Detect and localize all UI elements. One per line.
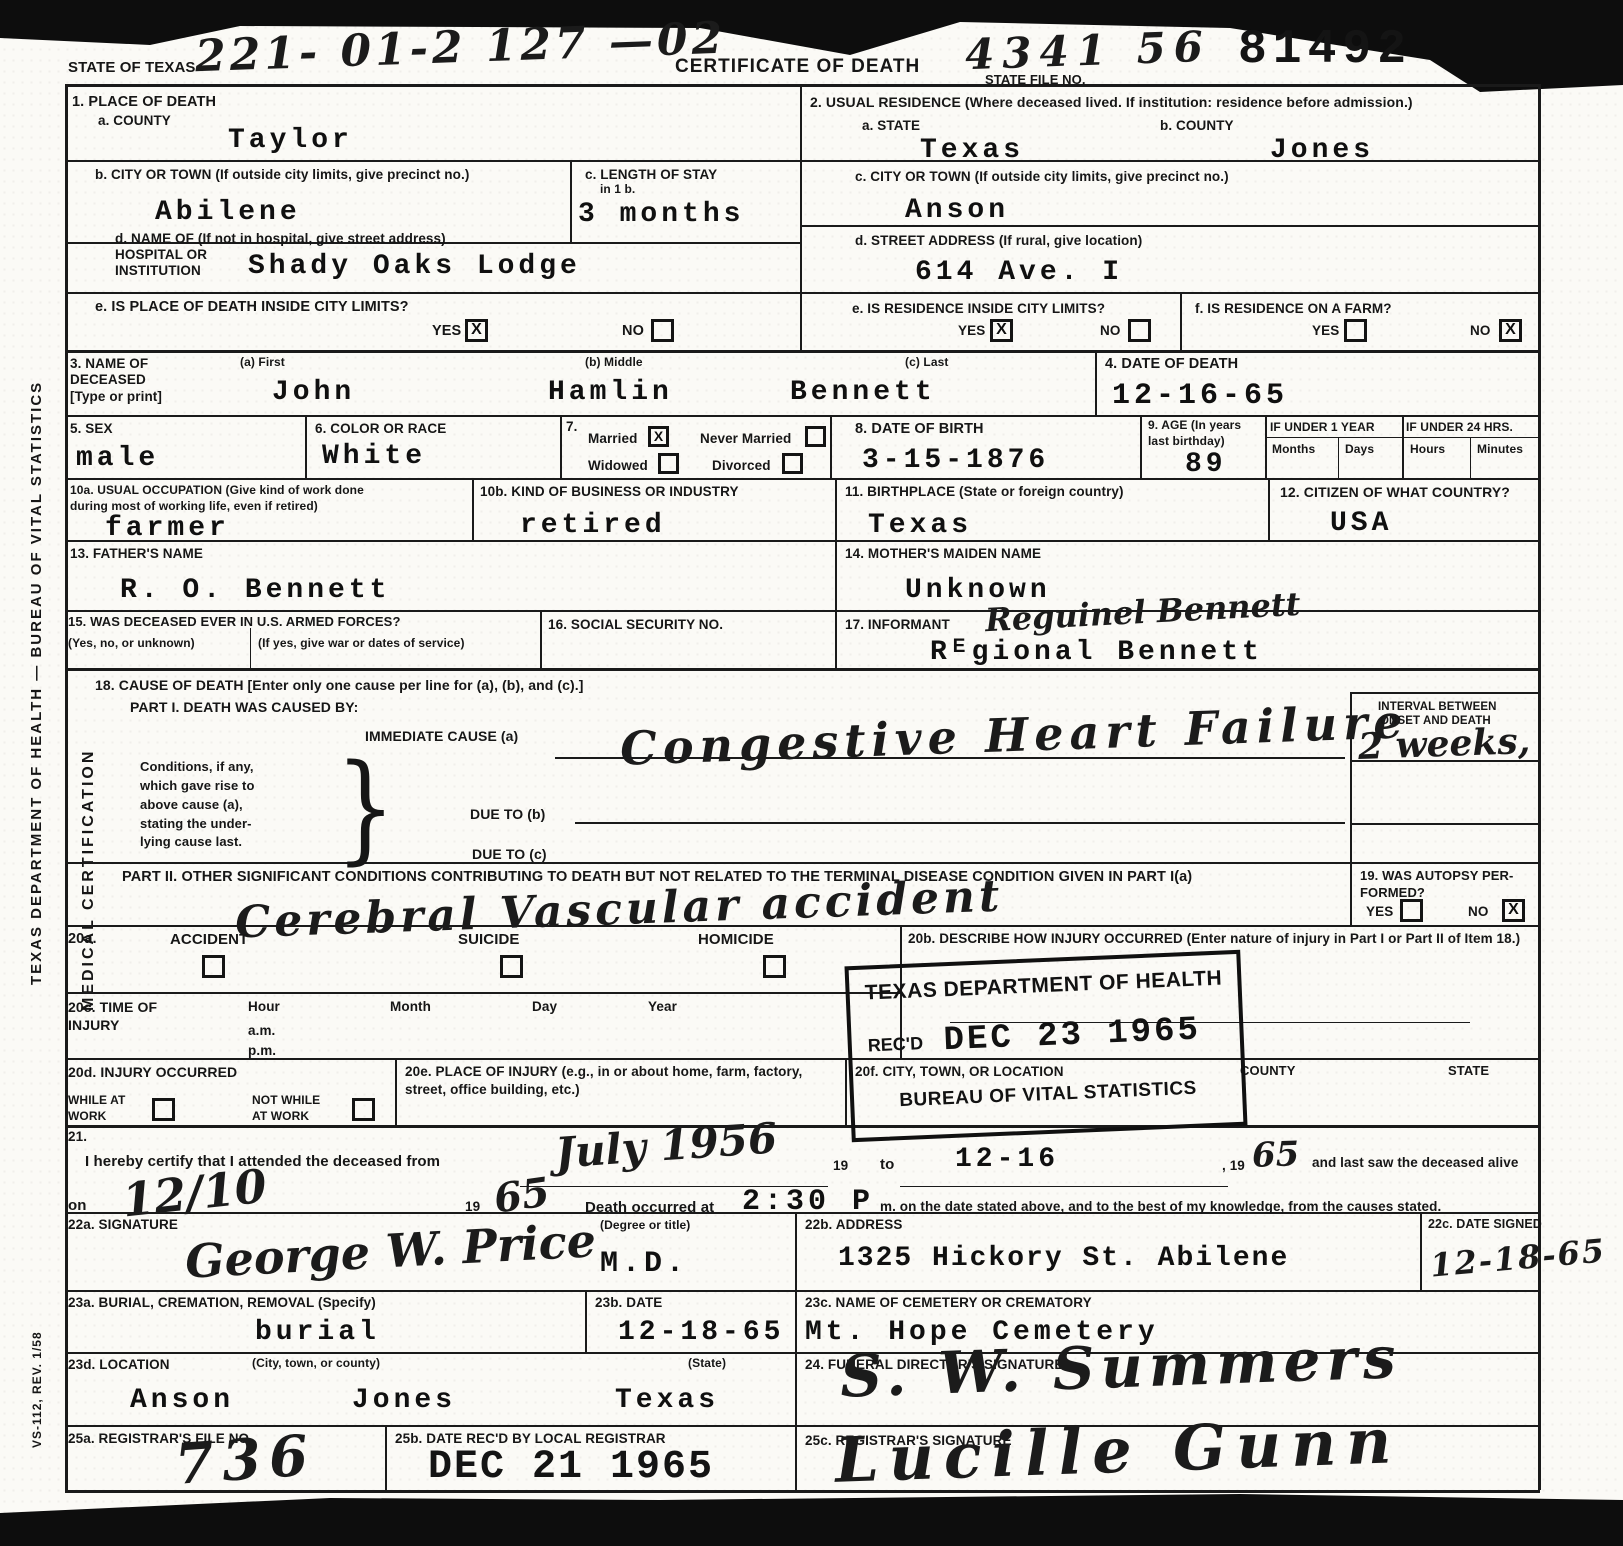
- divider: [65, 668, 1540, 671]
- field-7-nevermarried-label: Never Married: [700, 430, 791, 448]
- field-2e-no-label: NO: [1100, 322, 1120, 340]
- divider: [65, 1058, 1540, 1060]
- field-19-no-label: NO: [1468, 903, 1488, 921]
- field-21-attended-from-value: July 1956: [554, 1117, 779, 1174]
- field-2b-county-label: b. COUNTY: [1160, 117, 1234, 135]
- divider: [395, 1058, 397, 1125]
- divider: [835, 478, 837, 540]
- field-13-father-value: R. O. Bennett: [120, 576, 390, 607]
- field-23a-burial-label: 23a. BURIAL, CREMATION, REMOVAL (Specify…: [68, 1294, 376, 1312]
- field-2d-street-value: 614 Ave. I: [915, 258, 1123, 289]
- field-22a-md-value: M.D.: [600, 1248, 688, 1281]
- field-2c-city-label: c. CITY OR TOWN (If outside city limits,…: [855, 168, 1229, 186]
- field-2e-yes-label: YES: [958, 322, 985, 340]
- field-20a-suicide-checkbox: [500, 955, 523, 978]
- field-2e-no-checkbox: [1128, 319, 1151, 342]
- field-25a-fileno-value: 736: [173, 1427, 317, 1493]
- field-2f-no-checkbox: X: [1499, 319, 1522, 342]
- field-20a-homicide-label: HOMICIDE: [698, 930, 774, 950]
- funeral-director-signature: S. W. Summers: [839, 1328, 1402, 1406]
- field-20e-place-label: 20e. PLACE OF INJURY (e.g., in or about …: [405, 1063, 825, 1098]
- field-21-to-year-value: 65: [1251, 1137, 1299, 1173]
- field-3-title2: DECEASED: [70, 371, 146, 389]
- field-1a-county-label: a. COUNTY: [98, 112, 171, 130]
- field-2a-state-label: a. STATE: [862, 117, 920, 135]
- divider: [65, 478, 1540, 480]
- state-file-number-stamp: 81492: [1238, 26, 1412, 74]
- field-2c-city-value: Anson: [905, 196, 1009, 227]
- field-20c-hour-label: Hour: [248, 998, 280, 1016]
- field-9-months-label: Months: [1272, 442, 1315, 458]
- field-19-yes-label: YES: [1366, 903, 1393, 921]
- stamp-agency-line: TEXAS DEPARTMENT OF HEALTH: [849, 966, 1238, 1006]
- field-10a-occupation-label: 10a. USUAL OCCUPATION (Give kind of work…: [70, 483, 364, 514]
- field-5-sex-label: 5. SEX: [70, 420, 113, 438]
- field-7-divorced-label: Divorced: [712, 457, 771, 475]
- field-1a-county-value: Taylor: [228, 126, 353, 157]
- field-3b-middle-value: Hamlin: [548, 378, 673, 409]
- field-2e-citylimits-label: e. IS RESIDENCE INSIDE CITY LIMITS?: [852, 300, 1105, 318]
- field-20a-suicide-label: SUICIDE: [458, 930, 520, 950]
- field-3b-middle-label: (b) Middle: [585, 355, 643, 371]
- field-1e-no-checkbox: [651, 319, 674, 342]
- certificate-title: CERTIFICATE OF DEATH: [675, 55, 920, 80]
- divider: [1402, 415, 1404, 478]
- field-25b-daterecd-stamp: DEC 21 1965: [428, 1448, 714, 1488]
- field-18-dueto-c-label: DUE TO (c): [472, 845, 547, 863]
- field-3a-first-value: John: [272, 378, 355, 409]
- form-right-border: [1538, 84, 1541, 1490]
- divider: [472, 478, 474, 540]
- divider: [1265, 415, 1267, 478]
- divider: [1420, 1212, 1422, 1290]
- divider: [845, 1058, 847, 1125]
- field-22a-degree-label: (Degree or title): [600, 1218, 690, 1234]
- field-11-birthplace-value: Texas: [868, 511, 972, 542]
- divider: [1140, 415, 1142, 478]
- field-20b-describe-label: 20b. DESCRIBE HOW INJURY OCCURRED (Enter…: [908, 930, 1528, 948]
- field-16-ssn-label: 16. SOCIAL SECURITY NO.: [548, 616, 723, 634]
- field-2f-farm-label: f. IS RESIDENCE ON A FARM?: [1195, 300, 1392, 318]
- field-12-citizen-label: 12. CITIZEN OF WHAT COUNTRY?: [1280, 483, 1510, 501]
- field-7-widowed-label: Widowed: [588, 457, 648, 475]
- field-22b-address-value: 1325 Hickory St. Abilene: [838, 1244, 1289, 1275]
- field-1d-hospital-value: Shady Oaks Lodge: [248, 252, 581, 283]
- field-15-armedforces-label: 15. WAS DECEASED EVER IN U.S. ARMED FORC…: [68, 614, 400, 631]
- divider: [65, 292, 1540, 294]
- field-19-autopsy-label: 19. WAS AUTOPSY PER- FORMED?: [1360, 868, 1513, 902]
- field-9-under24-label: IF UNDER 24 HRS.: [1406, 420, 1513, 436]
- divider: [385, 1425, 387, 1490]
- field-1b-city-value: Abilene: [155, 198, 301, 229]
- divider: [835, 540, 837, 610]
- writing-line: [575, 822, 1345, 824]
- field-1d-hospital-label3: INSTITUTION: [115, 262, 201, 280]
- divider: [65, 1125, 1540, 1128]
- writing-line: [900, 1186, 1228, 1187]
- divider: [65, 415, 1540, 417]
- field-22c-datesigned-value: 12-18-65: [1429, 1234, 1607, 1281]
- state-file-number-handwritten: 4341 56: [964, 26, 1211, 77]
- divider: [65, 992, 900, 994]
- field-9-minutes-label: Minutes: [1477, 442, 1523, 458]
- field-15-sub1-label: (Yes, no, or unknown): [68, 636, 195, 652]
- field-8-dob-label: 8. DATE OF BIRTH: [855, 420, 984, 439]
- divider: [570, 160, 572, 242]
- divider: [1350, 692, 1540, 694]
- field-21-to-date-value: 12-16: [955, 1145, 1059, 1176]
- field-8-dob-value: 3-15-1876: [862, 446, 1049, 477]
- divider: [795, 1425, 797, 1490]
- field-14-mother-label: 14. MOTHER'S MAIDEN NAME: [845, 545, 1041, 563]
- field-20d-whileatwork-checkbox: [152, 1098, 175, 1121]
- field-9-under1yr-label: IF UNDER 1 YEAR: [1270, 420, 1375, 436]
- field-23d-county-value: Jones: [352, 1386, 456, 1417]
- field-20a-number: 20a.: [68, 930, 97, 949]
- field-18-title: 18. CAUSE OF DEATH [Enter only one cause…: [95, 676, 584, 694]
- field-18-conditions-note: Conditions, if any, which gave rise to a…: [140, 758, 255, 852]
- field-9-days-label: Days: [1345, 442, 1374, 458]
- field-20c-pm-label: p.m.: [248, 1042, 276, 1060]
- field-7-married-label: Married: [588, 430, 637, 448]
- divider: [1338, 437, 1339, 478]
- field-1e-citylimits-label: e. IS PLACE OF DEATH INSIDE CITY LIMITS?: [95, 298, 409, 317]
- field-5-sex-value: male: [76, 444, 159, 475]
- field-20f-county-label: COUNTY: [1240, 1063, 1296, 1080]
- field-23a-burial-value: burial: [255, 1318, 380, 1349]
- field-20c-time-label: 20c. TIME OF INJURY: [68, 998, 157, 1034]
- field-21-to-label: to: [880, 1155, 894, 1175]
- field-17-informant-label: 17. INFORMANT: [845, 616, 950, 634]
- divider: [560, 415, 562, 478]
- field-9-age-label: 9. AGE (In years last birthday): [1148, 418, 1241, 449]
- field-7-married-checkbox: X: [648, 426, 669, 447]
- divider: [65, 1290, 1540, 1292]
- field-21-lastsaw-text: and last saw the deceased alive: [1312, 1154, 1518, 1172]
- field-20d-notwhile-label: NOT WHILE AT WORK: [252, 1093, 320, 1124]
- field-23b-date-label: 23b. DATE: [595, 1294, 662, 1312]
- field-18-cause-a-value: Congestive Heart Failure: [619, 698, 1409, 771]
- field-23c-cemetery-label: 23c. NAME OF CEMETERY OR CREMATORY: [805, 1294, 1092, 1312]
- field-23b-date-value: 12-18-65: [618, 1318, 784, 1349]
- field-2f-yes-label: YES: [1312, 322, 1339, 340]
- field-7-widowed-checkbox: [658, 453, 679, 474]
- field-7-nevermarried-checkbox: [805, 426, 826, 447]
- divider: [540, 610, 542, 668]
- field-10b-industry-label: 10b. KIND OF BUSINESS OR INDUSTRY: [480, 483, 739, 501]
- field-21-19-prefix1: 19: [833, 1157, 848, 1175]
- field-20a-accident-checkbox: [202, 955, 225, 978]
- field-10b-industry-value: retired: [520, 511, 666, 542]
- field-20a-homicide-checkbox: [763, 955, 786, 978]
- field-2f-yes-checkbox: [1344, 319, 1367, 342]
- field-6-race-value: White: [322, 442, 426, 473]
- field-1e-yes-checkbox: X: [465, 319, 488, 342]
- registrar-signature: Lucille Gunn: [834, 1410, 1402, 1492]
- interval-header-line1: INTERVAL BETWEEN: [1378, 700, 1497, 715]
- field-1d-hospital-label: d. NAME OF (If not in hospital, give str…: [115, 230, 446, 248]
- divider: [250, 628, 251, 668]
- field-2f-no-label: NO: [1470, 322, 1490, 340]
- field-20c-day-label: Day: [532, 998, 557, 1016]
- field-2d-street-label: d. STREET ADDRESS (If rural, give locati…: [855, 232, 1142, 250]
- conditions-brace: }: [336, 748, 396, 866]
- divider: [65, 610, 1540, 612]
- field-21-19-prefix2: , 19: [1222, 1157, 1245, 1175]
- field-20c-year-label: Year: [648, 998, 677, 1016]
- field-22b-address-label: 22b. ADDRESS: [805, 1216, 902, 1234]
- field-2e-yes-checkbox: X: [990, 319, 1013, 342]
- field-1c-stay-value: 3 months: [578, 200, 744, 231]
- field-23d-sub1-label: (City, town, or county): [252, 1356, 380, 1372]
- field-21-time-value: 2:30 P: [742, 1186, 874, 1219]
- divider: [835, 610, 837, 668]
- field-3-title1: 3. NAME OF: [70, 355, 148, 373]
- field-19-no-checkbox: X: [1502, 899, 1525, 922]
- field-2b-county-value: Jones: [1270, 136, 1374, 167]
- field-20c-month-label: Month: [390, 998, 431, 1016]
- field-18-dueto-b-label: DUE TO (b): [470, 805, 545, 823]
- field-20d-injury-label: 20d. INJURY OCCURRED: [68, 1063, 237, 1081]
- field-22a-signature-label: 22a. SIGNATURE: [68, 1216, 178, 1234]
- divider: [65, 1490, 1540, 1493]
- divider: [795, 1352, 797, 1425]
- divider: [65, 350, 1540, 353]
- field-13-father-label: 13. FATHER'S NAME: [70, 545, 203, 563]
- field-20d-whileatwork-label: WHILE AT WORK: [68, 1093, 125, 1124]
- divider: [585, 1290, 587, 1352]
- stamp-recd-label: REC'D: [867, 1033, 923, 1056]
- field-1b-city-label: b. CITY OR TOWN (If outside city limits,…: [95, 166, 469, 184]
- divider: [305, 415, 307, 478]
- field-3a-first-label: (a) First: [240, 355, 285, 371]
- field-20f-state-label: STATE: [1448, 1063, 1489, 1080]
- field-3c-last-value: Bennett: [790, 378, 936, 409]
- field-21-death-occurred-label: Death occurred at: [585, 1198, 714, 1218]
- field-17-informant-value: Rᴱgional Bennett: [930, 638, 1263, 669]
- field-2a-state-value: Texas: [920, 136, 1024, 167]
- field-21-number: 21.: [68, 1128, 87, 1146]
- death-certificate-scan: TEXAS DEPARTMENT OF HEALTH — BUREAU OF V…: [0, 0, 1623, 1546]
- field-21-on-date-value: 12/10: [120, 1163, 269, 1224]
- field-23d-location-label: 23d. LOCATION: [68, 1356, 170, 1374]
- field-1e-no-label: NO: [622, 322, 644, 341]
- field-4-dod-label: 4. DATE OF DEATH: [1105, 355, 1238, 374]
- field-15-sub2-label: (If yes, give war or dates of service): [258, 636, 465, 652]
- field-2-title: 2. USUAL RESIDENCE (Where deceased lived…: [810, 93, 1530, 111]
- field-11-birthplace-label: 11. BIRTHPLACE (State or foreign country…: [845, 483, 1124, 501]
- field-23d-city-value: Anson: [130, 1386, 234, 1417]
- field-20a-accident-label: ACCIDENT: [170, 930, 248, 950]
- field-10a-occupation-value: farmer: [105, 514, 230, 545]
- divider: [1095, 350, 1097, 415]
- divider: [1268, 478, 1270, 540]
- form-number-vertical-label: VS-112, REV. 1/58: [30, 1295, 52, 1485]
- field-21-on-year-value: 65: [491, 1172, 552, 1219]
- field-21-on-label: on: [68, 1196, 87, 1216]
- divider: [800, 84, 802, 350]
- field-1d-hospital-label2: HOSPITAL OR: [115, 246, 207, 264]
- divider: [1180, 292, 1182, 350]
- received-stamp: TEXAS DEPARTMENT OF HEALTH REC'D DEC 23 …: [844, 950, 1247, 1142]
- field-3-title3: [Type or print]: [70, 388, 162, 406]
- interval-value: 2 weeks,: [1357, 723, 1530, 765]
- field-19-yes-checkbox: [1400, 899, 1423, 922]
- divider: [65, 862, 1540, 864]
- field-6-race-label: 6. COLOR OR RACE: [315, 420, 446, 438]
- stamp-bureau-line: BUREAU OF VITAL STATISTICS: [854, 1076, 1243, 1114]
- field-23d-sub2-label: (State): [688, 1356, 726, 1372]
- field-18-part1-label: PART I. DEATH WAS CAUSED BY:: [130, 698, 358, 716]
- field-4-dod-value: 12-16-65: [1112, 380, 1288, 413]
- divider: [65, 84, 1540, 87]
- divider: [65, 540, 1540, 542]
- field-20c-am-label: a.m.: [248, 1022, 275, 1040]
- field-22c-datesigned-label: 22c. DATE SIGNED: [1428, 1216, 1542, 1232]
- agency-vertical-label: TEXAS DEPARTMENT OF HEALTH — BUREAU OF V…: [28, 275, 54, 1090]
- field-21-19-prefix3: 19: [465, 1198, 480, 1216]
- physician-signature: George W. Price: [184, 1217, 597, 1284]
- field-1-title: 1. PLACE OF DEATH: [72, 93, 216, 112]
- field-9-age-value: 89: [1185, 450, 1227, 481]
- stamp-date: DEC 23 1965: [943, 1012, 1202, 1061]
- field-7-number: 7.: [566, 418, 577, 436]
- divider: [795, 1212, 797, 1290]
- field-9-hours-label: Hours: [1410, 442, 1445, 458]
- field-21-causes-text: m. on the date stated above, and to the …: [880, 1198, 1535, 1216]
- field-7-divorced-checkbox: [782, 453, 803, 474]
- field-12-citizen-value: USA: [1330, 509, 1392, 540]
- field-1e-yes-label: YES: [432, 322, 461, 341]
- form-left-border: [65, 84, 68, 1490]
- divider: [1470, 437, 1471, 478]
- field-1c-stay-sublabel: in 1 b.: [600, 182, 635, 198]
- field-20d-notwhile-checkbox: [352, 1098, 375, 1121]
- divider: [830, 415, 832, 478]
- field-23d-state-value: Texas: [615, 1386, 719, 1417]
- divider: [1350, 823, 1540, 825]
- divider: [795, 1290, 797, 1352]
- state-of-texas-label: STATE OF TEXAS: [68, 58, 196, 78]
- field-1c-stay-label: c. LENGTH OF STAY: [585, 166, 717, 184]
- field-3c-last-label: (c) Last: [905, 355, 948, 371]
